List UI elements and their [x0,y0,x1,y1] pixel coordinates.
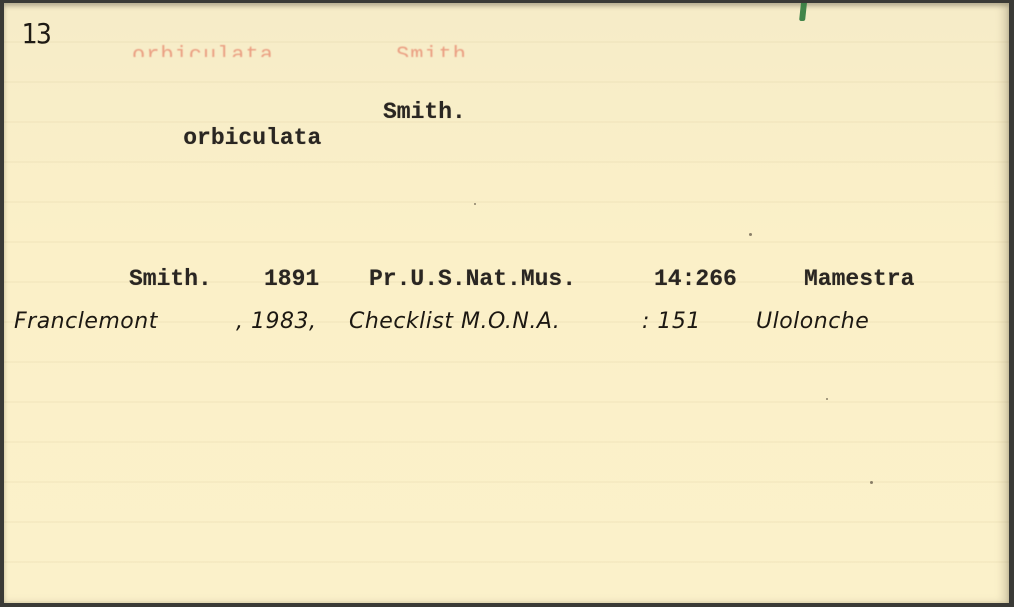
red-header-right: Smith. [396,43,481,57]
reference-genus: Mamestra [804,266,914,292]
taxon-name: orbiculata [183,125,321,151]
handwritten-genus: Ulolonche [756,309,869,334]
red-header-left: orbiculata [132,43,274,57]
handwritten-author: Franclemont [14,309,158,334]
taxon-author: Smith. [383,99,466,125]
original-reference-line: Smith. 1891 Pr.U.S.Nat.Mus. 14:266 Mames… [129,266,184,448]
green-tab-mark [799,3,807,21]
reference-author: Smith. [129,266,212,292]
index-card: 13 orbiculata Smith. orbiculata Smith. S… [4,3,1009,603]
handwritten-reference-line: Franclemont , 1983, Checklist M.O.N.A. :… [14,309,44,484]
paper-speck [826,398,828,400]
card-number: 13 [22,17,50,50]
handwritten-publication: Checklist M.O.N.A. [349,309,560,334]
reference-volume-page: 14:266 [654,266,737,292]
taxon-line: orbiculata Smith. [128,99,321,203]
reference-publication: Pr.U.S.Nat.Mus. [369,266,576,292]
paper-speck [474,203,476,205]
paper-speck [870,481,873,484]
handwritten-year: , 1983, [236,309,316,334]
paper-speck [749,233,752,236]
handwritten-page: : 151 [642,309,701,334]
reference-year: 1891 [264,266,319,292]
